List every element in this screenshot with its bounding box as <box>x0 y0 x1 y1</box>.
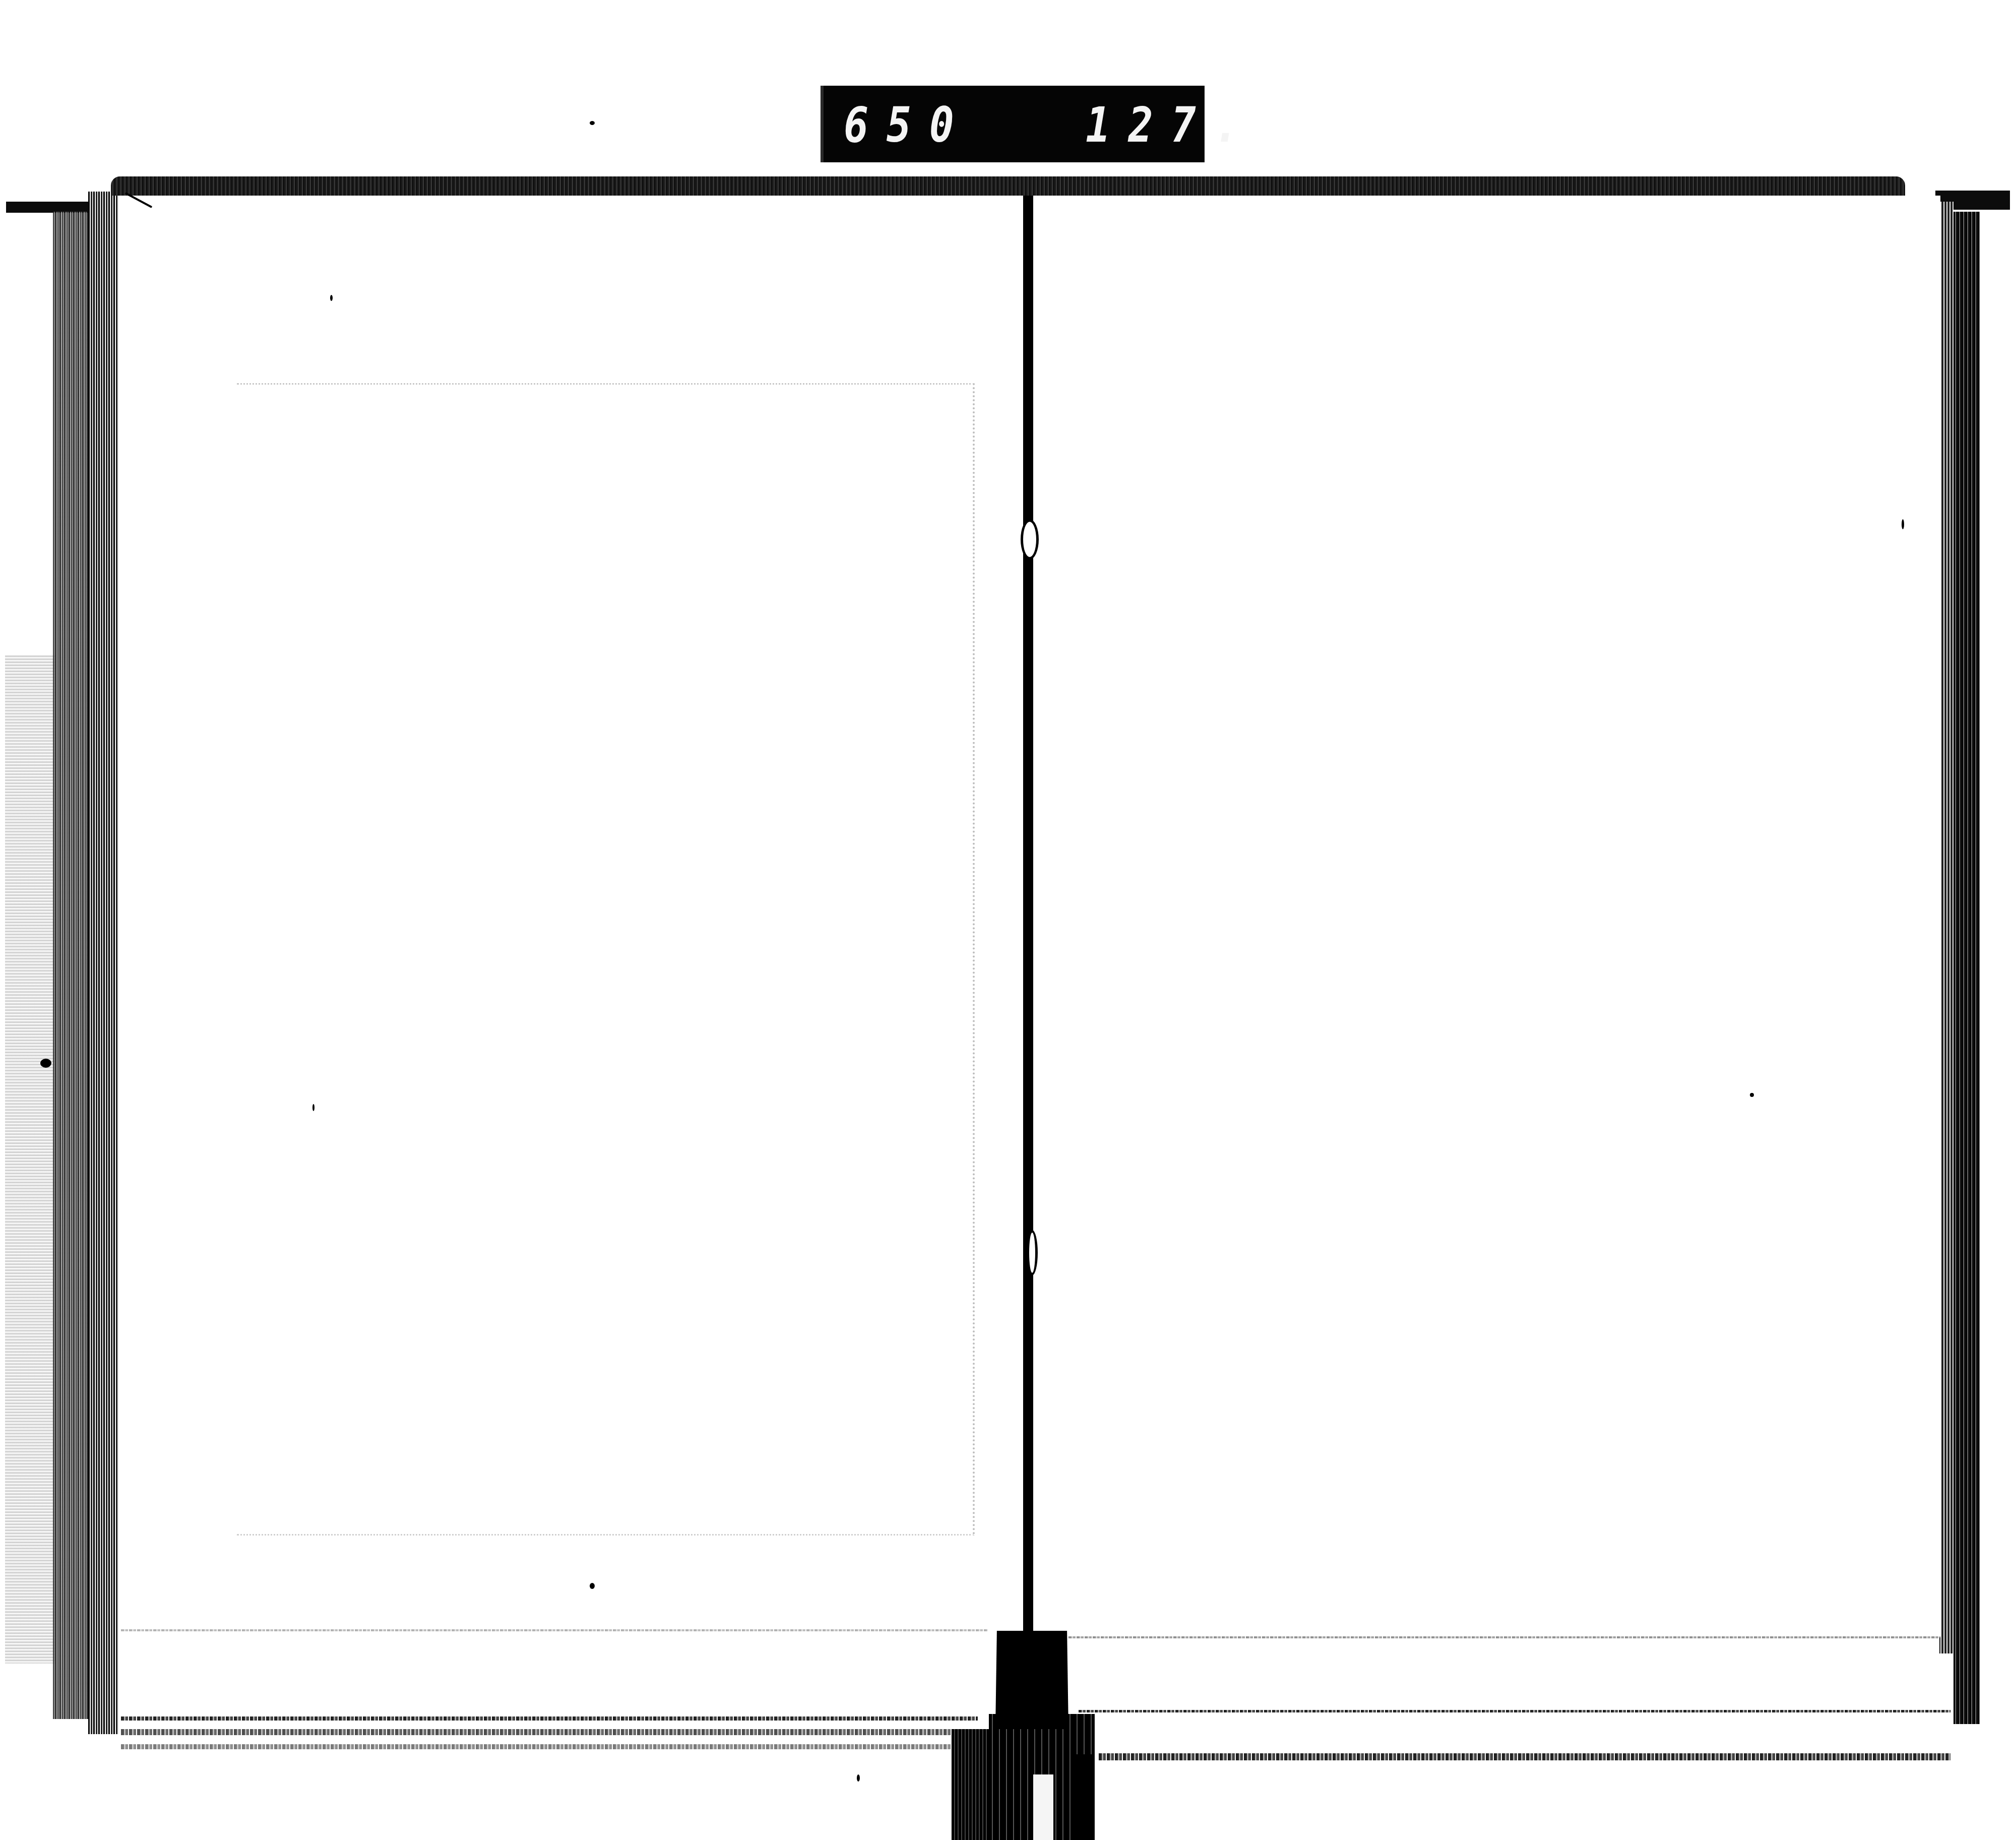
page-stack-line <box>1068 1636 1940 1638</box>
page-stack-line <box>121 1629 988 1631</box>
spine-block <box>995 1631 1068 1729</box>
binding-thread-knot <box>1021 519 1039 560</box>
dust-speck <box>857 1774 860 1782</box>
dust-speck <box>1750 1093 1754 1097</box>
left-page-edge-stack-inner <box>88 192 118 1734</box>
show-through-frame <box>237 383 975 1536</box>
page-stack-line <box>1099 1753 1950 1760</box>
reel-number: 650 <box>844 101 972 149</box>
dust-speck <box>40 1059 51 1068</box>
top-binding-edge <box>111 176 1905 196</box>
dust-speck <box>590 1583 595 1589</box>
dust-speck <box>312 1104 314 1111</box>
spine-support-right <box>1073 1754 1093 1840</box>
spine-support-left <box>952 1729 992 1840</box>
page-stack-line <box>121 1729 973 1735</box>
film-frame-label: 650 127. <box>821 86 1205 162</box>
right-page <box>1038 196 1940 1637</box>
dust-speck <box>330 295 333 301</box>
book-gutter <box>1023 196 1033 1642</box>
right-page-edge-stack-outer <box>1954 212 1980 1724</box>
page-stack-line <box>1079 1710 1950 1712</box>
dust-speck <box>1902 519 1904 529</box>
binding-thread-knot <box>1027 1230 1038 1275</box>
right-page-edge-stack-inner <box>1939 202 1954 1653</box>
frame-number: 127. <box>1086 101 1256 149</box>
left-page-edge-haze <box>5 655 55 1664</box>
spine-gap <box>1033 1774 1053 1840</box>
left-page-edge-stack-outer <box>53 212 88 1719</box>
page-stack-line <box>121 1716 978 1721</box>
page-stack-line <box>121 1744 963 1749</box>
dust-speck <box>590 121 595 125</box>
